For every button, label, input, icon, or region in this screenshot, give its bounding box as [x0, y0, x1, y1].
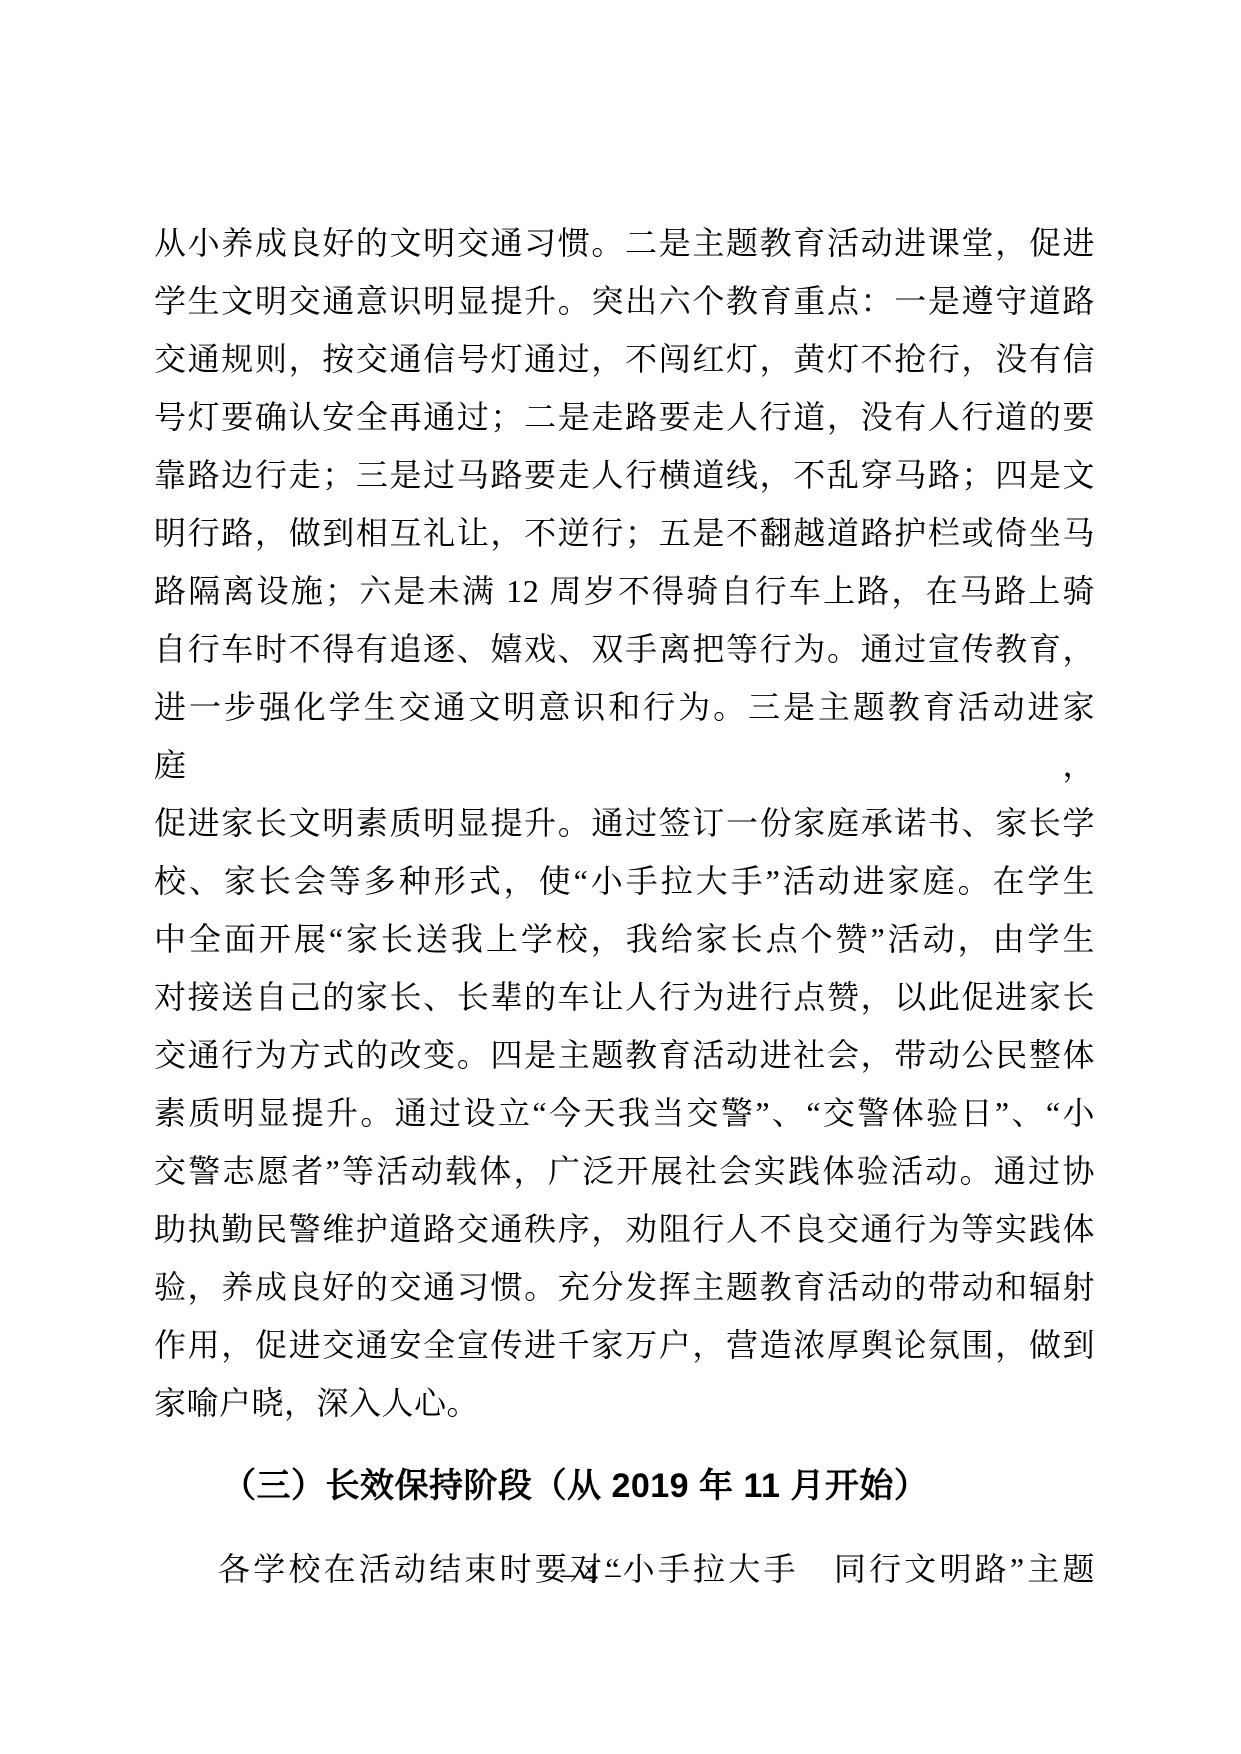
text-line: 学生文明交通意识明显提升。突出六个教育重点：一是遵守道路: [154, 272, 1095, 330]
text-line: 中全面开展“家长送我上学校，我给家长点个赞”活动，由学生: [154, 910, 1095, 968]
text-line: 号灯要确认安全再通过；二是走路要走人行道，没有人行道的要: [154, 388, 1095, 446]
text-line: 从小养成良好的文明交通习惯。二是主题教育活动进课堂，促进: [154, 214, 1095, 272]
page-content: 从小养成良好的文明交通习惯。二是主题教育活动进课堂，促进 学生文明交通意识明显提…: [154, 214, 1095, 1598]
section-heading: （三）长效保持阶段（从 2019 年 11 月开始）: [154, 1457, 1095, 1515]
document-page: 从小养成良好的文明交通习惯。二是主题教育活动进课堂，促进 学生文明交通意识明显提…: [0, 0, 1241, 1754]
text-line: 路隔离设施；六是未满 12 周岁不得骑自行车上路，在马路上骑: [154, 562, 1095, 620]
text-line: 进一步强化学生交通文明意识和行为。三是主题教育活动进家庭，: [154, 678, 1095, 794]
text-line: 促进家长文明素质明显提升。通过签订一份家庭承诺书、家长学: [154, 794, 1095, 852]
text-line: 素质明显提升。通过设立“今天我当交警”、“交警体验日”、“小: [154, 1084, 1095, 1142]
text-line: 交通规则，按交通信号灯通过，不闯红灯，黄灯不抢行，没有信: [154, 330, 1095, 388]
text-line: 靠路边行走；三是过马路要走人行横道线，不乱穿马路；四是文: [154, 446, 1095, 504]
text-line: 交通行为方式的改变。四是主题教育活动进社会，带动公民整体: [154, 1026, 1095, 1084]
text-line: 对接送自己的家长、长辈的车让人行为进行点赞，以此促进家长: [154, 968, 1095, 1026]
text-line: 家喻户晓，深入人心。: [154, 1374, 1095, 1432]
text-line: 交警志愿者”等活动载体，广泛开展社会实践体验活动。通过协: [154, 1142, 1095, 1200]
page-number: – 4 –: [0, 1556, 1181, 1592]
text-line: 作用，促进交通安全宣传进千家万户，营造浓厚舆论氛围，做到: [154, 1316, 1095, 1374]
text-line: 明行路，做到相互礼让，不逆行；五是不翻越道路护栏或倚坐马: [154, 504, 1095, 562]
text-line: 自行车时不得有追逐、嬉戏、双手离把等行为。通过宣传教育，: [154, 620, 1095, 678]
text-line: 验，养成良好的交通习惯。充分发挥主题教育活动的带动和辐射: [154, 1258, 1095, 1316]
text-line: 校、家长会等多种形式，使“小手拉大手”活动进家庭。在学生: [154, 852, 1095, 910]
body-paragraph-continued: 从小养成良好的文明交通习惯。二是主题教育活动进课堂，促进 学生文明交通意识明显提…: [154, 214, 1095, 1432]
text-line: 助执勤民警维护道路交通秩序，劝阻行人不良交通行为等实践体: [154, 1200, 1095, 1258]
